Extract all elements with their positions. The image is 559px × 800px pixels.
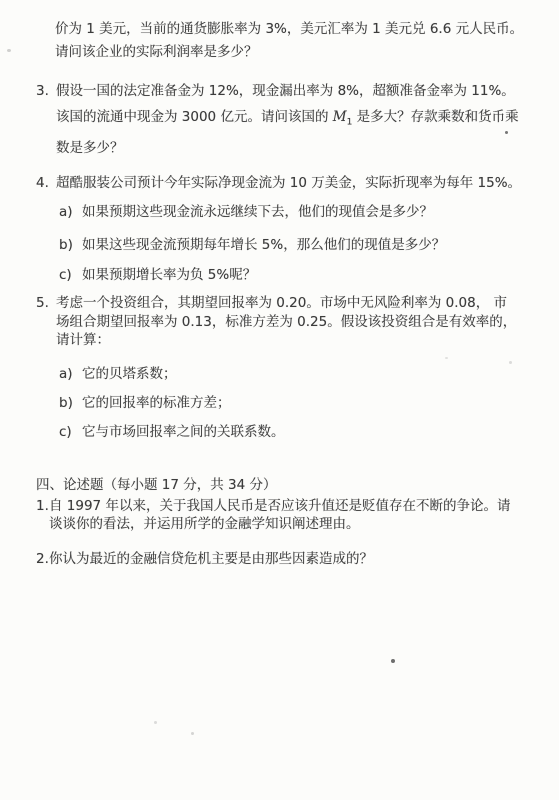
scan-speck	[191, 732, 194, 735]
question-body: 自 1997 年以来，关于我国人民币是否应该升值还是贬值存在不断的争论。请 谈谈…	[49, 497, 510, 534]
sub-item-text: 如果预期增长率为负 5%呢？	[82, 264, 256, 287]
sub-item-label: a)	[59, 363, 82, 386]
text-line: 场组合期望回报率为 0.13，标准方差为 0.25。假设该投资组合是有效率的，	[56, 313, 545, 332]
sub-item-label: c)	[59, 421, 82, 444]
text-line: 考虑一个投资组合，其期望回报率为 0.20。市场中无风险利率为 0.08， 市	[56, 294, 545, 313]
sub-item-label: b)	[59, 234, 82, 257]
sub-item-c: c) 它与市场回报率之间的关联系数。	[59, 421, 545, 444]
section-4-heading: 四、论述题（每小题 17 分，共 34 分）	[36, 477, 545, 494]
text-line: 假设一国的法定准备金为 12%，现金漏出率为 8%，超额准备金率为 11%。	[56, 79, 545, 105]
question-3: 3. 假设一国的法定准备金为 12%，现金漏出率为 8%，超额准备金率为 11%…	[36, 79, 545, 161]
sub-item-c: c) 如果预期增长率为负 5%呢？	[59, 264, 545, 287]
scan-speck	[445, 357, 448, 359]
question-2-continuation: 价为 1 美元，当前的通货膨胀率为 3%，美元汇率为 1 美元兑 6.6 元人民…	[55, 18, 545, 64]
scan-speck	[154, 721, 157, 724]
question-body: 假设一国的法定准备金为 12%，现金漏出率为 8%，超额准备金率为 11%。 该…	[56, 79, 545, 161]
sub-item-label: b)	[59, 392, 82, 415]
sub-item-text: 如果这些现金流预期每年增长 5%，那么他们的现值是多少？	[82, 234, 445, 257]
question-5: 5. 考虑一个投资组合，其期望回报率为 0.20。市场中无风险利率为 0.08，…	[36, 294, 545, 444]
text-line: 你认为最近的金融信贷危机主要是由那些因素造成的？	[49, 550, 373, 569]
page-content: 价为 1 美元，当前的通货膨胀率为 3%，美元汇率为 1 美元兑 6.6 元人民…	[36, 18, 545, 568]
scan-speck	[509, 361, 512, 364]
essay-question-1: 1. 自 1997 年以来，关于我国人民币是否应该升值还是贬值存在不断的争论。请…	[36, 497, 545, 534]
question-body: 你认为最近的金融信贷危机主要是由那些因素造成的？	[49, 550, 373, 569]
question-body: 超酷服装公司预计今年实际净现金流为 10 万美金，实际折现率为每年 15%。 a…	[56, 172, 545, 287]
text-line: 自 1997 年以来，关于我国人民币是否应该升值还是贬值存在不断的争论。请	[49, 497, 510, 516]
question-number: 1.	[36, 497, 49, 516]
sub-item-text: 如果预期这些现金流永远继续下去，他们的现值会是多少？	[82, 201, 433, 224]
text-line: 超酷服装公司预计今年实际净现金流为 10 万美金，实际折现率为每年 15%。	[56, 172, 545, 195]
sub-item-a: a) 它的贝塔系数；	[59, 363, 545, 386]
question-number: 2.	[36, 550, 49, 569]
sub-item-text: 它的贝塔系数；	[82, 363, 177, 386]
scan-speck	[7, 49, 11, 52]
text-line: 请计算：	[56, 331, 545, 350]
sub-item-text: 它的回报率的标准方差；	[82, 392, 231, 415]
sub-item-label: c)	[59, 264, 82, 287]
sub-item-b: b) 它的回报率的标准方差；	[59, 392, 545, 415]
math-variable-m1: M	[333, 109, 347, 125]
text-segment: 是多大？存款乘数和货币乘	[352, 109, 518, 125]
text-segment: 该国的流通中现金为 3000 亿元。请问该国的	[56, 109, 333, 125]
scanned-exam-page: 价为 1 美元，当前的通货膨胀率为 3%，美元汇率为 1 美元兑 6.6 元人民…	[0, 0, 559, 800]
question-number: 4.	[36, 172, 56, 195]
text-line: 价为 1 美元，当前的通货膨胀率为 3%，美元汇率为 1 美元兑 6.6 元人民…	[55, 18, 545, 41]
essay-question-2: 2. 你认为最近的金融信贷危机主要是由那些因素造成的？	[36, 550, 545, 569]
text-line: 请问该企业的实际利润率是多少？	[55, 41, 545, 64]
text-line: 数是多少？	[56, 136, 545, 162]
question-number: 5.	[36, 294, 56, 313]
text-line: 谈谈你的看法，并运用所学的金融学知识阐述理由。	[49, 515, 510, 534]
sub-item-b: b) 如果这些现金流预期每年增长 5%，那么他们的现值是多少？	[59, 234, 545, 257]
scan-speck	[505, 131, 508, 134]
text-line: 该国的流通中现金为 3000 亿元。请问该国的 M1 是多大？存款乘数和货币乘	[56, 105, 545, 136]
scan-speck	[391, 659, 395, 663]
question-body: 考虑一个投资组合，其期望回报率为 0.20。市场中无风险利率为 0.08， 市 …	[56, 294, 545, 444]
question-intro: 考虑一个投资组合，其期望回报率为 0.20。市场中无风险利率为 0.08， 市 …	[56, 294, 545, 350]
question-number: 3.	[36, 79, 56, 105]
sub-item-a: a) 如果预期这些现金流永远继续下去，他们的现值会是多少？	[59, 201, 545, 224]
sub-item-text: 它与市场回报率之间的关联系数。	[82, 421, 285, 444]
sub-item-label: a)	[59, 201, 82, 224]
question-4: 4. 超酷服装公司预计今年实际净现金流为 10 万美金，实际折现率为每年 15%…	[36, 172, 545, 287]
